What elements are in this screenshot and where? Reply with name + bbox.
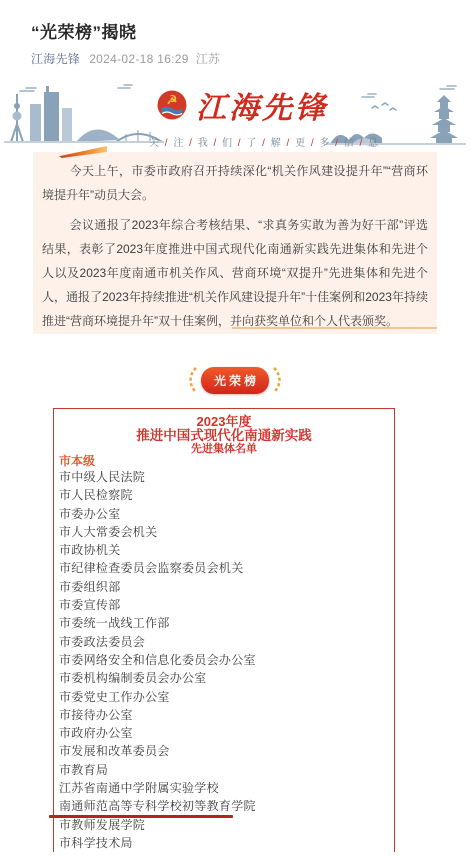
list-item: 市中级人民法院 bbox=[59, 468, 394, 486]
honor-roll-list: 市中级人民法院市人民检察院市委办公室市人大常委会机关市政协机关市纪律检查委员会监… bbox=[54, 468, 394, 852]
list-item: 南通师范高等专科学校初等教育学院 bbox=[59, 797, 394, 815]
banner-logo-text: 江海先锋 bbox=[196, 83, 328, 127]
list-item-text: 市人大常委会机关 bbox=[59, 523, 157, 541]
slogan-char: 们 bbox=[222, 138, 234, 149]
divider-line bbox=[232, 327, 437, 329]
slogan-char: 更 bbox=[295, 138, 307, 149]
laurel-left-icon bbox=[184, 366, 198, 394]
list-item: 市接待办公室 bbox=[59, 706, 394, 724]
honor-roll-title-line-1: 2023年度 bbox=[54, 415, 394, 429]
list-item: 市委网络安全和信息化委员会办公室 bbox=[59, 651, 394, 669]
list-item: 市政府办公室 bbox=[59, 724, 394, 742]
section-label: 市本级 bbox=[54, 455, 394, 468]
list-item-text: 市人民检察院 bbox=[59, 486, 133, 504]
article-page: { "article": { "title": "“光荣榜”揭晓", "acco… bbox=[0, 0, 470, 861]
list-item: 市委政法委员会 bbox=[59, 633, 394, 651]
list-item-text: 市委统一战线工作部 bbox=[59, 614, 170, 632]
list-item: 市人大常委会机关 bbox=[59, 523, 394, 541]
slogan-separator: / bbox=[307, 138, 320, 149]
slogan-char: 解 bbox=[271, 138, 283, 149]
list-item-text: 市委政法委员会 bbox=[59, 633, 145, 651]
slogan-char: 信 bbox=[344, 138, 356, 149]
slogan-separator: / bbox=[209, 138, 222, 149]
banner: ☭ 江海先锋 关 / 注 / 我 / 们 / 了 / 解 / 更 / 多 / 信… bbox=[0, 82, 470, 152]
list-item-text: 市委机构编制委员会办公室 bbox=[59, 669, 207, 687]
list-item-text: 市发展和改革委员会 bbox=[59, 742, 170, 760]
slogan-char: 多 bbox=[319, 138, 331, 149]
list-item: 市发展和改革委员会 bbox=[59, 742, 394, 760]
honor-roll-card: 2023年度 推进中国式现代化南通新实践 先进集体名单 市本级 市中级人民法院市… bbox=[53, 408, 395, 852]
slogan-char: 了 bbox=[246, 138, 258, 149]
list-item-text: 市委组织部 bbox=[59, 578, 121, 596]
list-item-text: 市委办公室 bbox=[59, 505, 121, 523]
list-item-text: 江苏省南通中学附属实验学校 bbox=[59, 779, 219, 797]
list-item: 市教师发展学院 bbox=[59, 816, 394, 834]
slogan-separator: / bbox=[331, 138, 344, 149]
list-item: 市委组织部 bbox=[59, 578, 394, 596]
honor-roll-title-line-2: 推进中国式现代化南通新实践 bbox=[54, 429, 394, 443]
slogan-char: 注 bbox=[173, 138, 185, 149]
list-item-text: 市政协机关 bbox=[59, 541, 121, 559]
slogan-separator: / bbox=[234, 138, 247, 149]
list-item-text: 市中级人民法院 bbox=[59, 468, 145, 486]
banner-slogan: 关 / 注 / 我 / 们 / 了 / 解 / 更 / 多 / 信 / 息 bbox=[149, 134, 380, 149]
slogan-separator: / bbox=[282, 138, 295, 149]
publish-region: 江苏 bbox=[196, 52, 221, 66]
intro-paragraph: 会议通报了2023年综合考核结果、“求真务实敢为善为好干部”评选结果，表彰了20… bbox=[42, 213, 428, 333]
slogan-char: 关 bbox=[149, 138, 161, 149]
laurel-right-icon bbox=[272, 366, 286, 394]
list-item: 市委统一战线工作部 bbox=[59, 614, 394, 632]
honor-roll-title-line-3: 先进集体名单 bbox=[54, 443, 394, 455]
list-item-text: 市政府办公室 bbox=[59, 724, 133, 742]
account-link[interactable]: 江海先锋 bbox=[31, 52, 80, 66]
intro-paragraph: 今天上午，市委市政府召开持续深化“机关作风建设提升年”“营商环境提升年”动员大会… bbox=[42, 159, 428, 207]
list-item-text: 市纪律检查委员会监察委员会机关 bbox=[59, 559, 244, 577]
page-title: “光荣榜”揭晓 bbox=[31, 18, 450, 43]
slogan-char: 我 bbox=[198, 138, 210, 149]
slogan-char: 息 bbox=[368, 138, 380, 149]
svg-text:☭: ☭ bbox=[167, 93, 178, 107]
list-item: 市政协机关 bbox=[59, 541, 394, 559]
article-meta: 江海先锋2024-02-18 16:29江苏 bbox=[31, 50, 220, 67]
list-item-text: 市教师发展学院 bbox=[59, 816, 145, 834]
list-item: 市纪律检查委员会监察委员会机关 bbox=[59, 559, 394, 577]
slogan-separator: / bbox=[258, 138, 271, 149]
intro-card: 今天上午，市委市政府召开持续深化“机关作风建设提升年”“营商环境提升年”动员大会… bbox=[33, 152, 437, 334]
list-item: 市委党史工作办公室 bbox=[59, 688, 394, 706]
list-item: 市委机构编制委员会办公室 bbox=[59, 669, 394, 687]
list-item: 市委办公室 bbox=[59, 505, 394, 523]
list-item-text: 市科学技术局 bbox=[59, 834, 133, 852]
honor-badge: 光荣榜 bbox=[0, 365, 470, 395]
list-item: 市教育局 bbox=[59, 761, 394, 779]
publish-date: 2024-02-18 16:29 bbox=[89, 52, 189, 66]
list-item-text-highlighted: 南通师范高等专科学校初等教育学院 bbox=[59, 797, 256, 815]
slogan-separator: / bbox=[161, 138, 174, 149]
list-item: 市科学技术局 bbox=[59, 834, 394, 852]
list-item: 江苏省南通中学附属实验学校 bbox=[59, 779, 394, 797]
list-item-text: 市教育局 bbox=[59, 761, 108, 779]
list-item-text: 市接待办公室 bbox=[59, 706, 133, 724]
list-item: 市委宣传部 bbox=[59, 596, 394, 614]
party-emblem-icon: ☭ bbox=[156, 89, 188, 121]
list-item-text: 市委党史工作办公室 bbox=[59, 688, 170, 706]
slogan-separator: / bbox=[185, 138, 198, 149]
list-item: 市人民检察院 bbox=[59, 486, 394, 504]
list-item-text: 市委宣传部 bbox=[59, 596, 121, 614]
slogan-separator: / bbox=[355, 138, 368, 149]
badge-label: 光荣榜 bbox=[201, 367, 269, 394]
list-item-text: 市委网络安全和信息化委员会办公室 bbox=[59, 651, 256, 669]
